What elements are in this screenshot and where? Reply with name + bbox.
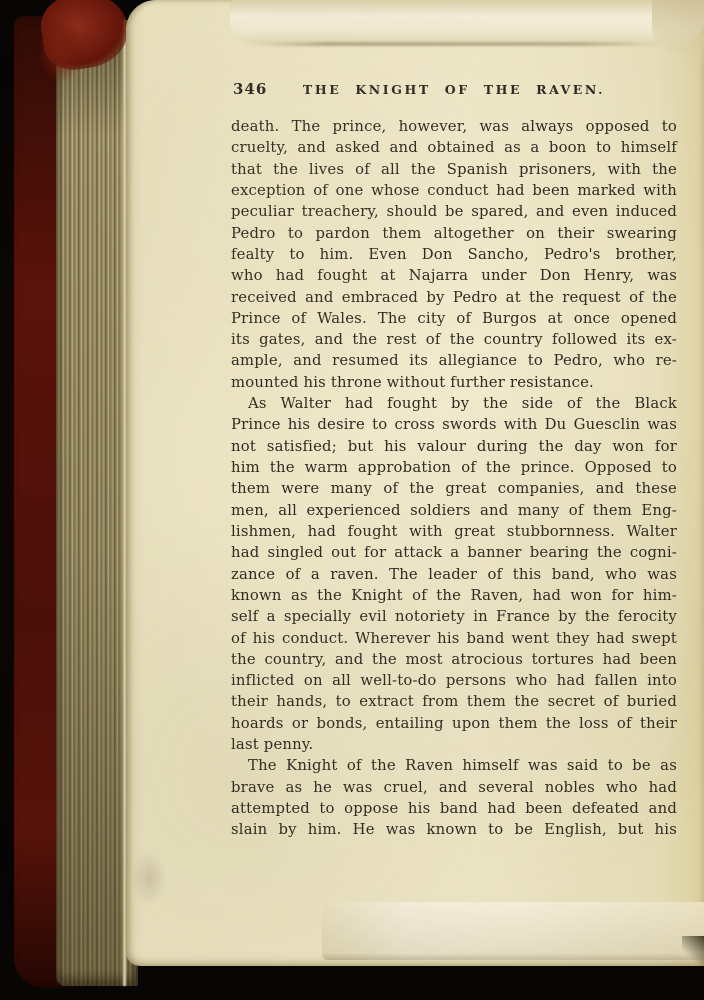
text-line: Prince of Wales. The city of Burgos at o… xyxy=(231,308,677,329)
paper-stain xyxy=(132,852,166,904)
text-line: self a specially evil notoriety in Franc… xyxy=(231,606,677,627)
running-title: THE KNIGHT OF THE RAVEN. xyxy=(231,82,677,97)
text-line: its gates, and the rest of the country f… xyxy=(231,329,677,350)
text-line: slain by him. He was known to be English… xyxy=(231,819,677,840)
text-line: hoards or bonds, entailing upon them the… xyxy=(231,713,677,734)
text-line: men, all experienced soldiers and many o… xyxy=(231,500,677,521)
text-line: last penny. xyxy=(231,734,677,755)
text-line: attempted to oppose his band had been de… xyxy=(231,798,677,819)
text-line: Pedro to pardon them altogether on their… xyxy=(231,223,677,244)
page-header: 346 THE KNIGHT OF THE RAVEN. xyxy=(231,80,677,100)
text-line: brave as he was cruel, and several noble… xyxy=(231,777,677,798)
text-line: peculiar treachery, should be spared, an… xyxy=(231,201,677,222)
text-line: cruelty, and asked and obtained as a boo… xyxy=(231,137,677,158)
page-text: death. The prince, however, was always o… xyxy=(231,116,677,841)
text-line: known as the Knight of the Raven, had wo… xyxy=(231,585,677,606)
bottom-right-corner-shadow xyxy=(682,936,704,966)
text-line: fealty to him. Even Don Sancho, Pedro's … xyxy=(231,244,677,265)
text-line: zance of a raven. The leader of this ban… xyxy=(231,564,677,585)
top-page-edge-shadow xyxy=(244,42,664,46)
text-line: had singled out for attack a banner bear… xyxy=(231,542,677,563)
text-line: him the warm approbation of the prince. … xyxy=(231,457,677,478)
text-line: them were many of the great companies, a… xyxy=(231,478,677,499)
top-right-page-corner xyxy=(652,0,704,64)
text-line: death. The prince, however, was always o… xyxy=(231,116,677,137)
text-line: inflicted on all well-to-do persons who … xyxy=(231,670,677,691)
text-line: that the lives of all the Spanish prison… xyxy=(231,159,677,180)
text-line: mounted his throne without further resis… xyxy=(231,372,677,393)
printed-area: 346 THE KNIGHT OF THE RAVEN. death. The … xyxy=(231,80,677,100)
text-line: The Knight of the Raven himself was said… xyxy=(231,755,677,776)
book-page: 346 THE KNIGHT OF THE RAVEN. death. The … xyxy=(126,0,704,966)
bottom-page-edges-band xyxy=(322,902,704,960)
text-line: exception of one whose conduct had been … xyxy=(231,180,677,201)
top-page-edge-band xyxy=(230,0,704,42)
text-line: their hands, to extract from them the se… xyxy=(231,691,677,712)
text-line: the country, and the most atrocious tort… xyxy=(231,649,677,670)
text-line: of his conduct. Wherever his band went t… xyxy=(231,628,677,649)
text-line: who had fought at Najarra under Don Henr… xyxy=(231,265,677,286)
text-line: As Walter had fought by the side of the … xyxy=(231,393,677,414)
text-line: ample, and resumed its allegiance to Ped… xyxy=(231,350,677,371)
text-line: not satisfied; but his valour during the… xyxy=(231,436,677,457)
text-line: lishmen, had fought with great stubbornn… xyxy=(231,521,677,542)
scanned-book-photo: 346 THE KNIGHT OF THE RAVEN. death. The … xyxy=(0,0,704,1000)
spine-headband-cloth-shadow xyxy=(40,26,80,82)
text-line: received and embraced by Pedro at the re… xyxy=(231,287,677,308)
text-line: Prince his desire to cross swords with D… xyxy=(231,414,677,435)
